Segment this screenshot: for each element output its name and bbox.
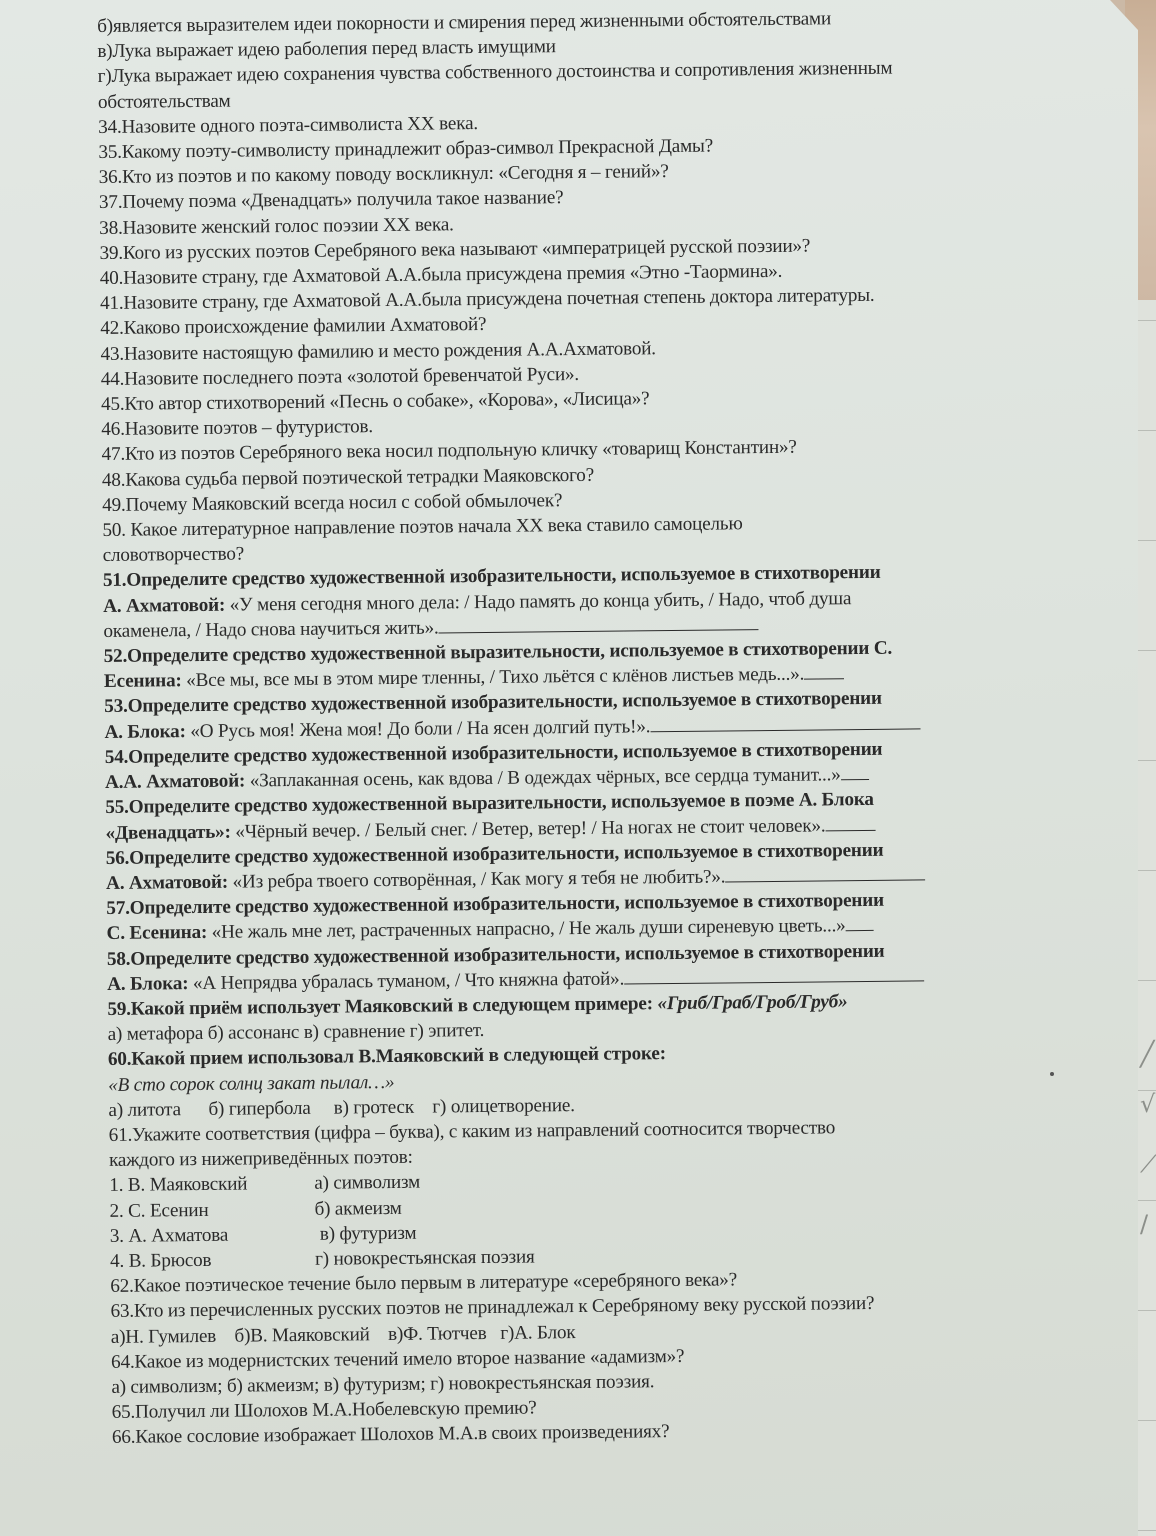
author-label: С. Есенина: <box>107 922 208 944</box>
pencil-mark-icon: ∕ <box>1140 1210 1148 1238</box>
pencil-mark-icon: √ <box>1140 1090 1155 1118</box>
author-label: А. Ахматовой: <box>106 872 228 894</box>
answer-blank[interactable] <box>845 913 873 931</box>
movement-name: б) акмеизм <box>314 1195 401 1221</box>
movement-name: а) символизм <box>314 1170 420 1196</box>
answer-blank[interactable] <box>650 711 920 732</box>
movement-name: в) футуризм <box>320 1220 417 1246</box>
answer-blank[interactable] <box>438 612 758 633</box>
answer-blank[interactable] <box>825 812 875 831</box>
quote-text: «А Непрядва убралась туманом, / Что княж… <box>188 968 624 994</box>
quote-text: «О Русь моя! Жена моя! До боли / На ясен… <box>186 716 651 742</box>
example-text: «Гриб/Граб/Гроб/Груб» <box>653 991 848 1014</box>
answer-blank[interactable] <box>804 661 844 679</box>
author-label: А.А. Ахматовой: <box>105 771 245 793</box>
author-label: Есенина: <box>104 670 182 692</box>
pencil-mark-icon: ╱ <box>1140 1040 1154 1068</box>
quote-text: «Не жаль мне лет, растраченных напрасно,… <box>207 916 846 944</box>
movement-name: г) новокрестьянская поэзия <box>315 1244 535 1272</box>
author-label: А. Ахматовой: <box>103 594 225 616</box>
poet-name: 1. В. Маяковский <box>109 1171 314 1198</box>
ink-speck <box>1050 1072 1054 1076</box>
poet-name: 2. С. Есенин <box>109 1196 314 1223</box>
poet-name: 4. В. Брюсов <box>110 1247 315 1274</box>
answer-blank[interactable] <box>840 762 868 780</box>
question-59: 59.Какой приём использует Маяковский в с… <box>107 993 653 1020</box>
author-label: А. Блока: <box>104 721 185 743</box>
answer-blank[interactable] <box>725 862 925 882</box>
answer-blank[interactable] <box>624 963 924 984</box>
poet-name: 3. А. Ахматова <box>110 1221 320 1248</box>
author-label: «Двенадцать»: <box>105 821 230 843</box>
quote-text: окаменела, / Надо снова научиться жить». <box>103 617 438 642</box>
quote-text: «Чёрный вечер. / Белый снег. / Ветер, ве… <box>231 815 826 842</box>
pencil-mark-icon: ⟋ <box>1140 1150 1156 1178</box>
quote-text: «Из ребра твоего сотворённая, / Как могу… <box>228 866 725 892</box>
author-label: А. Блока: <box>107 973 188 995</box>
question-list: б)является выразителем идеи покорности и… <box>97 4 1042 1450</box>
